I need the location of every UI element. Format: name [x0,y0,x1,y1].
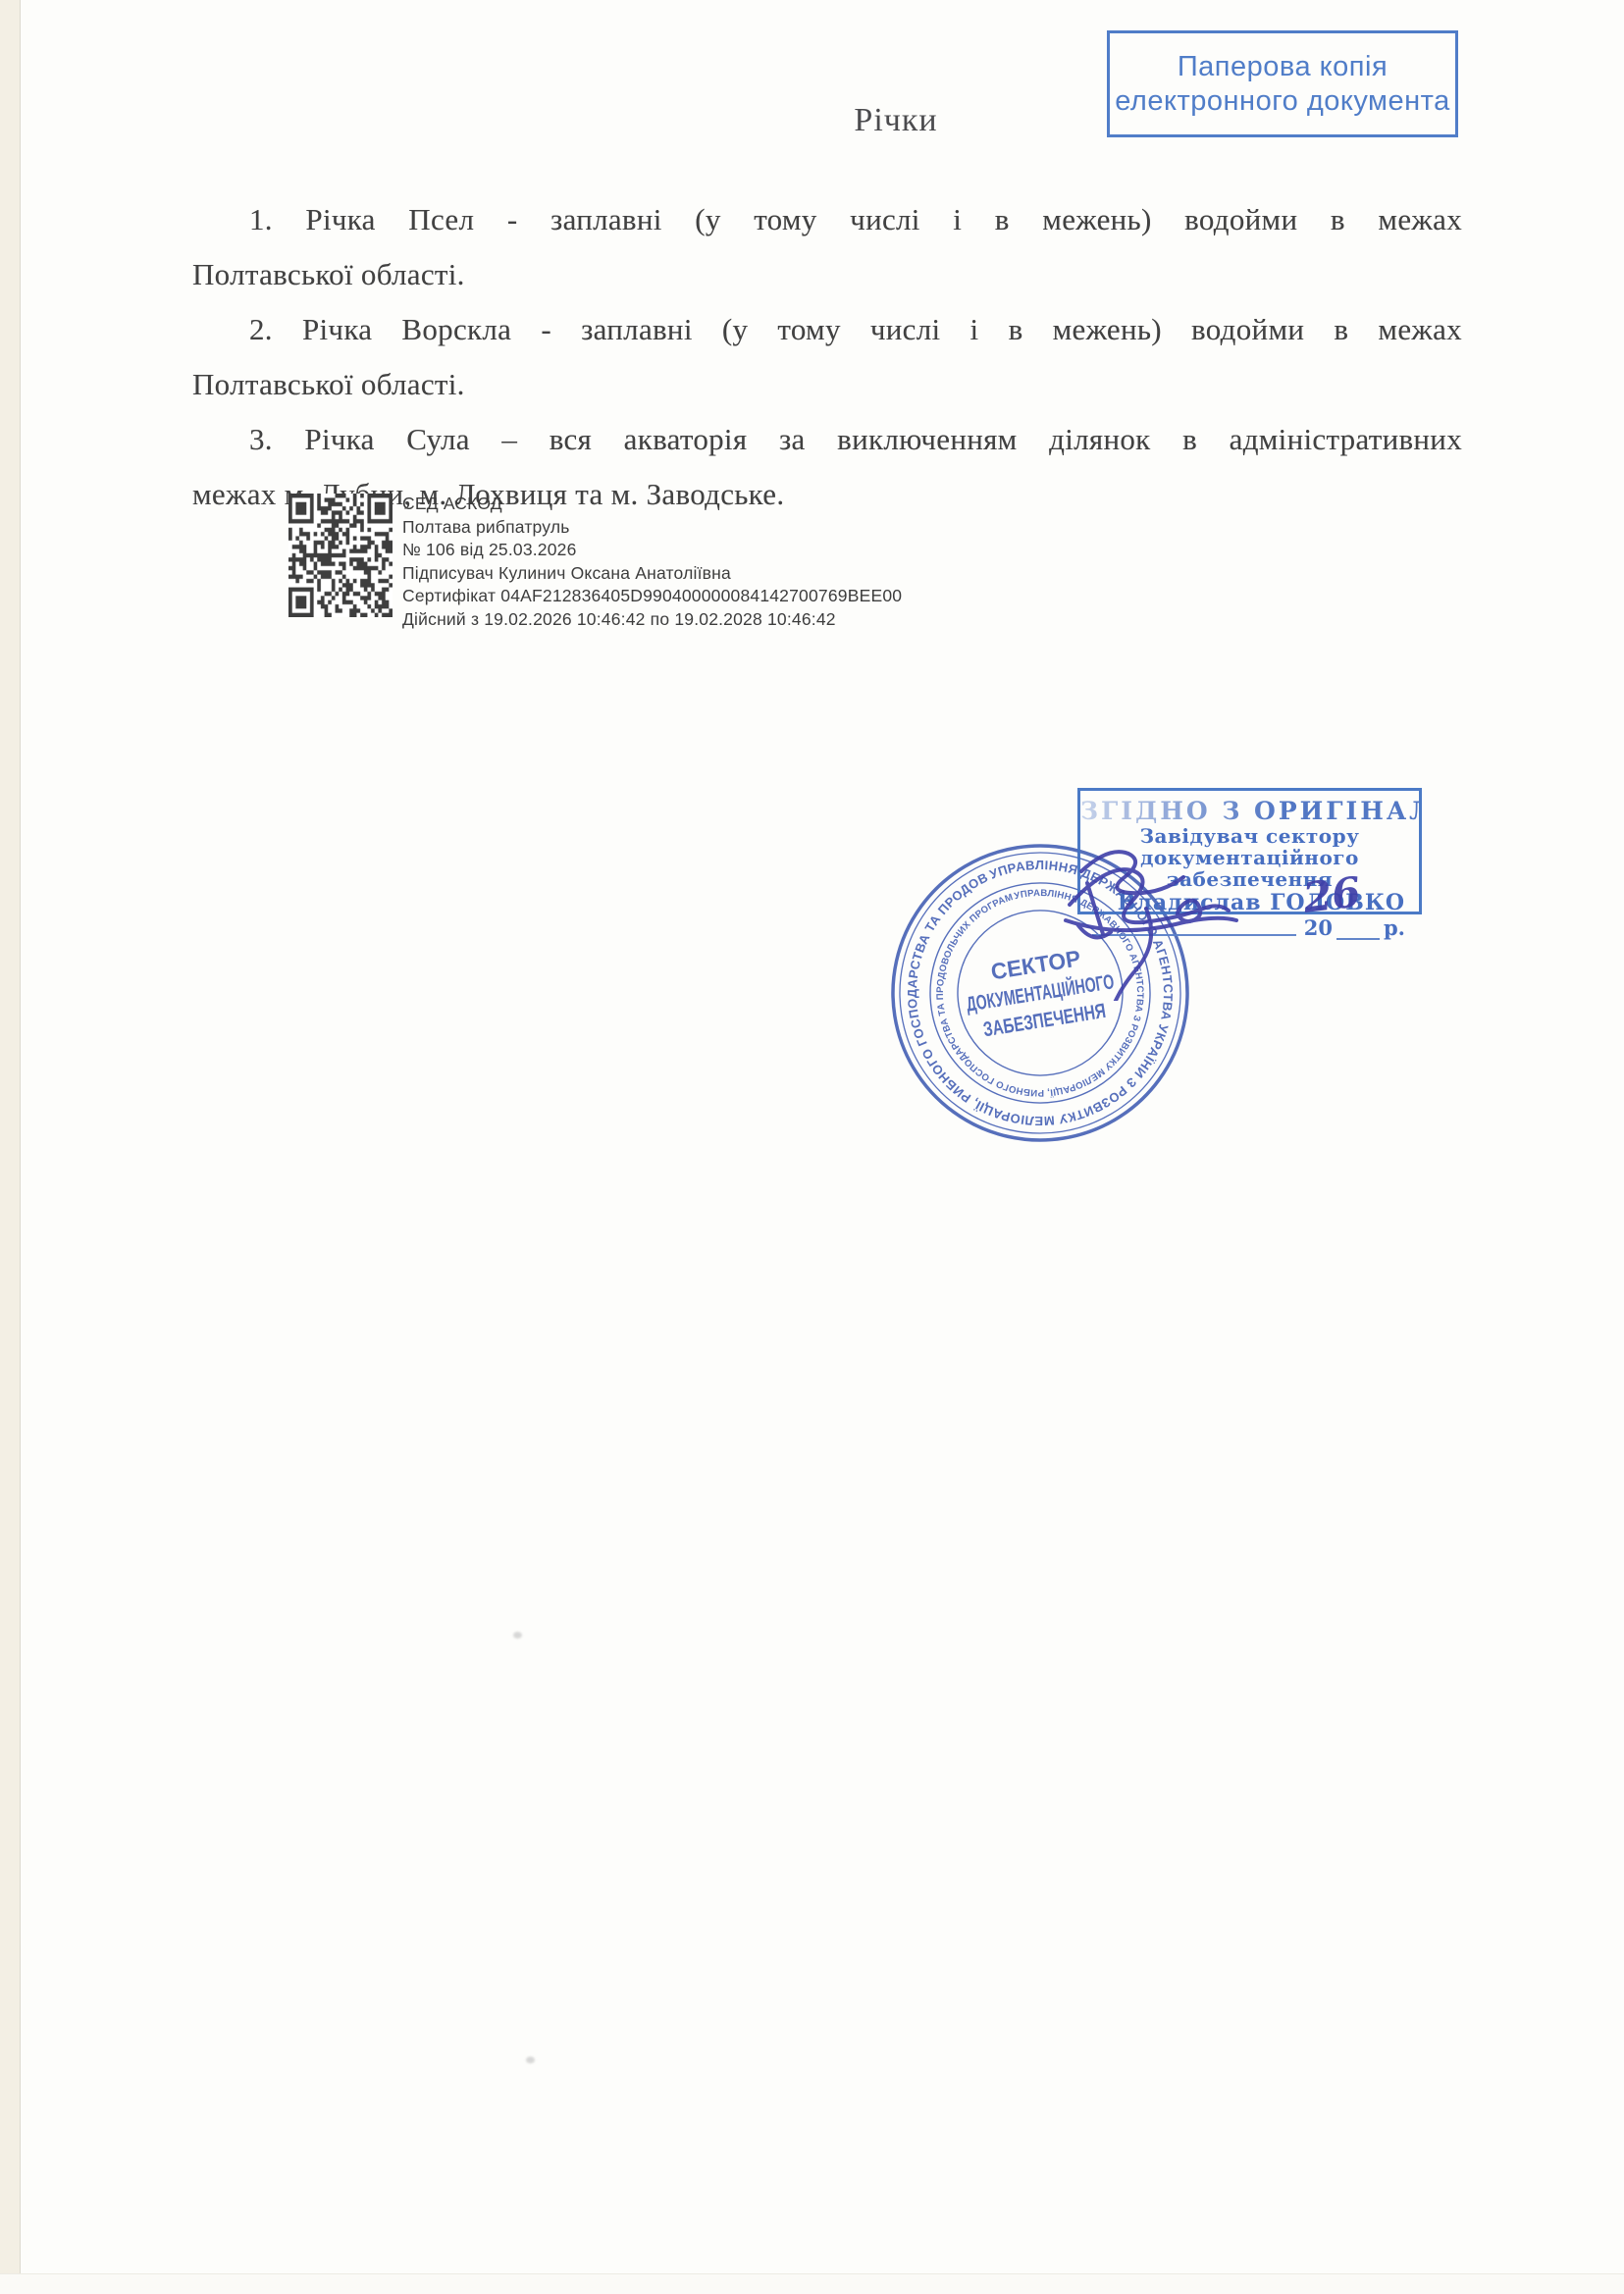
scanned-document-page: Паперова копія електронного документа Рі… [0,0,1624,2294]
qr-code [288,494,393,617]
esignature-signer: Підписувач Кулинич Оксана Анатоліївна [402,562,902,586]
handwritten-year: 26 [1299,867,1363,922]
paper-copy-stamp-line1: Паперова копія [1178,50,1388,84]
esignature-system: СЕД АСКОД [402,493,902,516]
body-line: 2. Річка Ворскла - заплавні (у тому числ… [192,302,1462,357]
body-line: 3. Річка Сула – вся акваторія за виключе… [192,412,1462,467]
handwritten-signature [1066,852,1236,1001]
body-line: Полтавської області. [192,247,1462,302]
scan-speck [526,2057,535,2063]
scan-bottom-edge [0,2273,1624,2294]
esignature-validity: Дійсний з 19.02.2026 10:46:42 по 19.02.2… [402,608,902,632]
esignature-info-block: СЕД АСКОД Полтава рибпатруль № 106 від 2… [402,493,902,632]
year-suffix: р. [1384,915,1405,940]
handwritten-overlay: 26 [1030,814,1384,1001]
esignature-number-date: № 106 від 25.03.2026 [402,539,902,562]
scan-top-edge [0,0,1624,10]
scan-speck [513,1632,522,1639]
body-line: Полтавської області. [192,357,1462,412]
esignature-certificate: Сертифікат 04AF212836405D990400000084142… [402,585,902,608]
esignature-organization: Полтава рибпатруль [402,516,902,540]
body-line: 1. Річка Псел - заплавні (у тому числі і… [192,192,1462,247]
scan-left-edge [0,0,21,2294]
document-body: 1. Річка Псел - заплавні (у тому числі і… [192,192,1462,522]
document-title: Річки [192,102,1462,139]
